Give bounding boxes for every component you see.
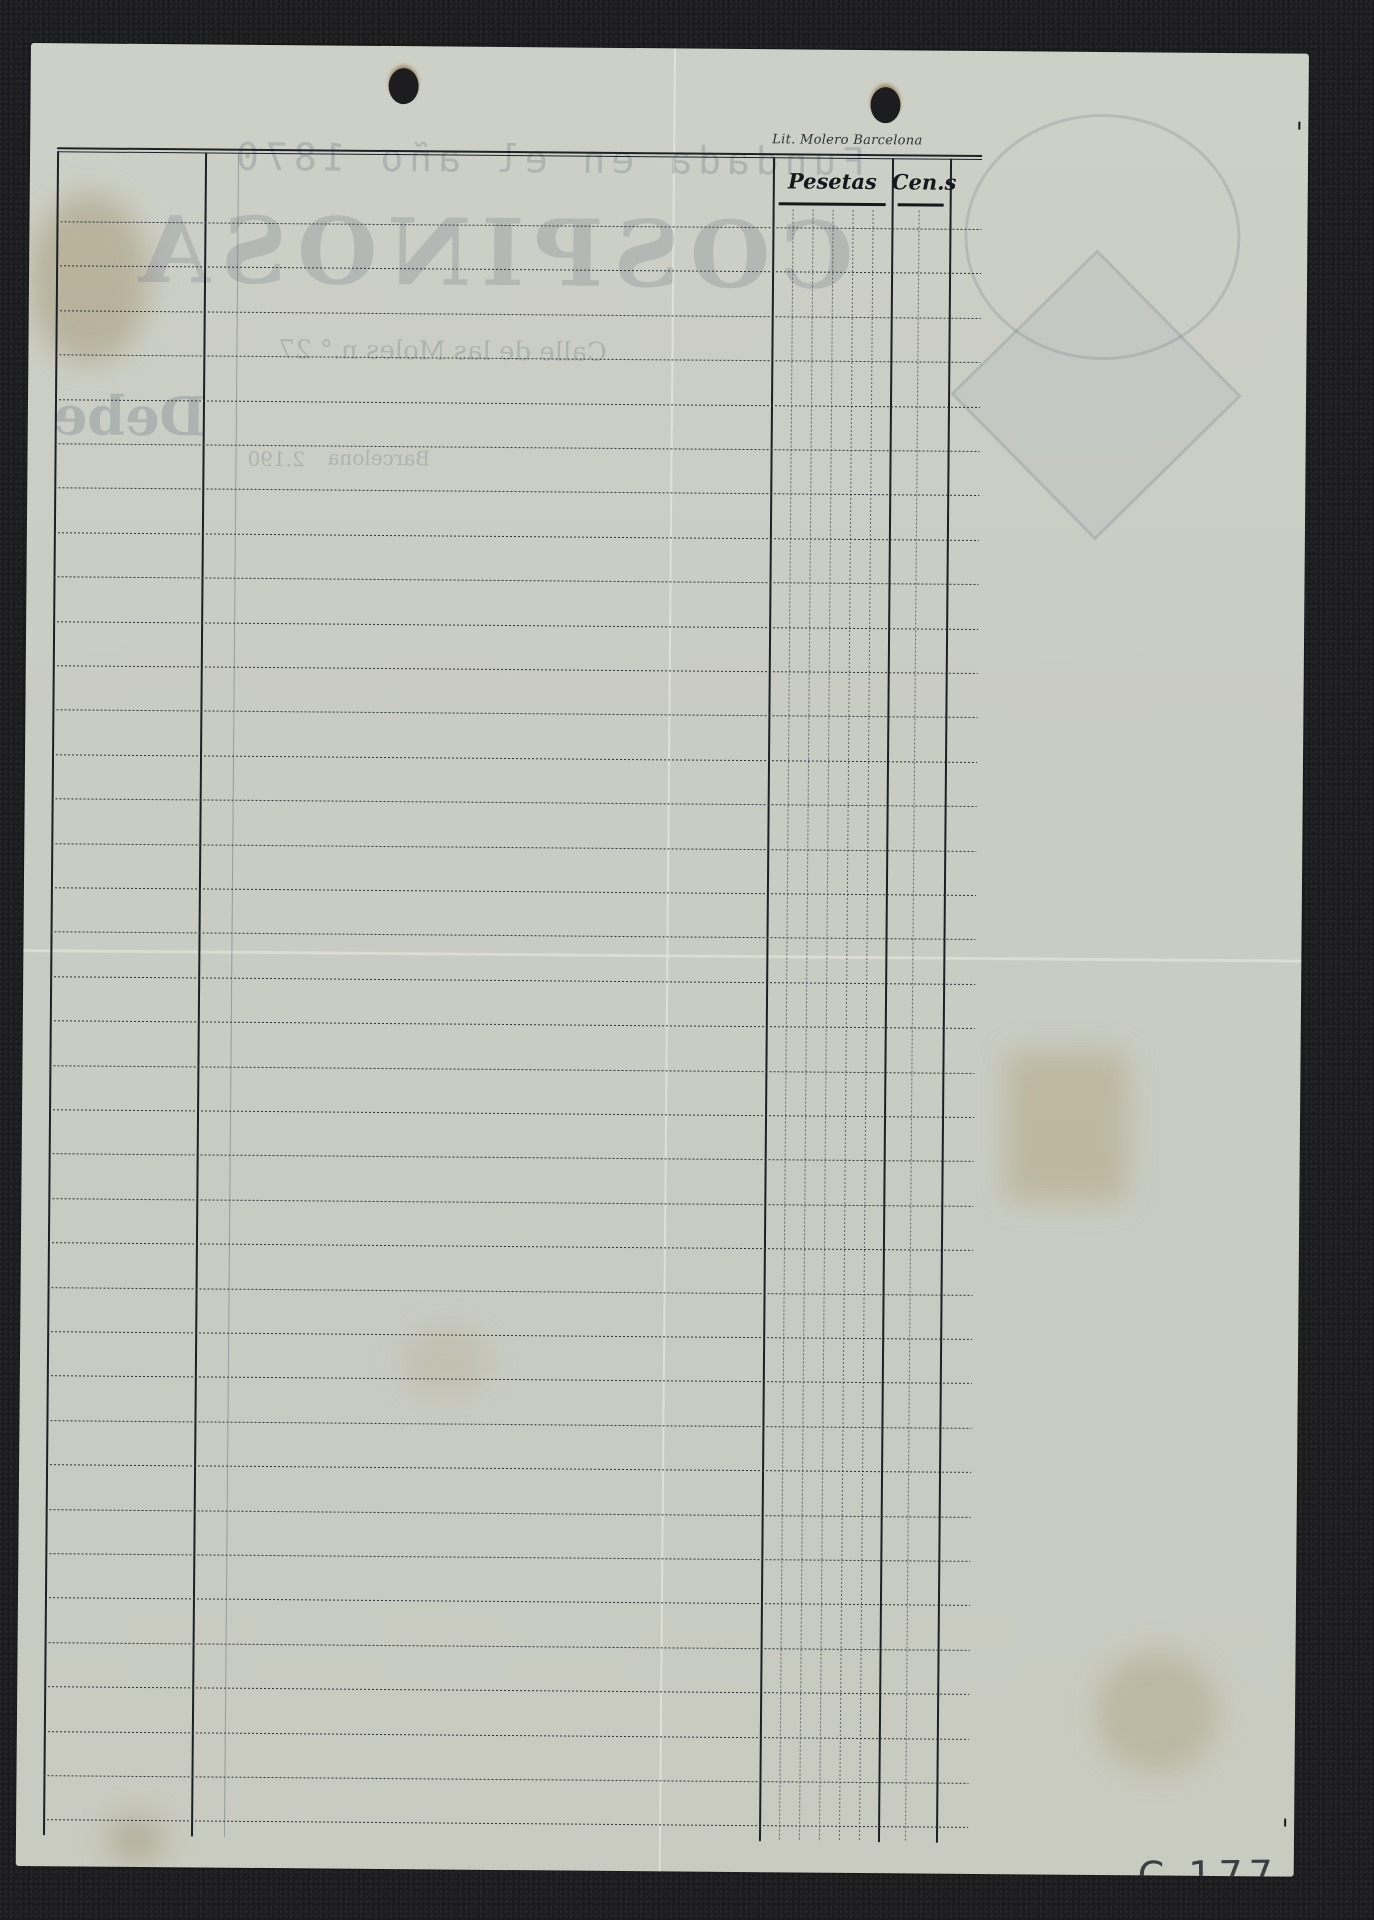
ledger-row-line bbox=[56, 310, 981, 319]
ledger-row-line bbox=[50, 976, 975, 985]
ledger-sheet: Fundada en el año 1870 COSPINOSA Calle d… bbox=[16, 43, 1309, 1877]
pesetas-column-header: Pesetas bbox=[773, 165, 892, 206]
ledger-table: Pesetas Cen.s bbox=[43, 147, 982, 1845]
centimos-digit-guide bbox=[905, 210, 920, 1842]
ledger-row-line bbox=[55, 443, 980, 452]
pesetas-digit-guide bbox=[859, 210, 874, 1842]
pesetas-header-underline bbox=[779, 202, 886, 206]
pesetas-digit-guide bbox=[839, 210, 854, 1842]
stain-bottom-right bbox=[1097, 1652, 1218, 1773]
ledger-row-line bbox=[49, 1154, 974, 1163]
printer-credit: Lit. Molero Barcelona bbox=[772, 132, 922, 148]
ledger-row-line bbox=[48, 1198, 973, 1207]
ledger-row-line bbox=[55, 354, 980, 363]
ledger-row-line bbox=[52, 754, 977, 763]
pesetas-digit-guide bbox=[819, 210, 834, 1842]
date-column-divider bbox=[191, 152, 207, 1836]
ledger-row-line bbox=[50, 1020, 975, 1029]
ledger-row-line bbox=[51, 932, 976, 941]
ledger-row-line bbox=[52, 798, 977, 807]
date-inner-guide bbox=[224, 153, 239, 1837]
archive-reference: C 177 bbox=[1137, 1852, 1279, 1876]
ledger-row-line bbox=[55, 399, 980, 408]
pesetas-digit-guide bbox=[799, 210, 814, 1842]
pesetas-left-border bbox=[759, 157, 775, 1841]
edge-mark bbox=[1284, 1819, 1286, 1827]
table-left-border bbox=[43, 151, 59, 1835]
ledger-row-line bbox=[53, 621, 978, 630]
ledger-row-line bbox=[48, 1287, 973, 1296]
ledger-row-line bbox=[49, 1065, 974, 1074]
ledger-row-line bbox=[54, 488, 979, 497]
centimos-header-underline bbox=[898, 203, 944, 206]
table-right-border bbox=[936, 159, 952, 1843]
ledger-row-line bbox=[56, 266, 981, 275]
ledger-row-line bbox=[48, 1242, 973, 1251]
punch-hole-right bbox=[870, 87, 900, 123]
ledger-row-line bbox=[47, 1376, 972, 1385]
ledger-row-line bbox=[46, 1464, 971, 1473]
ledger-row-line bbox=[45, 1642, 970, 1651]
ledger-row-line bbox=[51, 887, 976, 896]
ledger-row-line bbox=[45, 1598, 970, 1607]
pesetas-digit-guide bbox=[779, 209, 794, 1841]
ledger-row-line bbox=[44, 1686, 969, 1695]
ledger-row-line bbox=[46, 1420, 971, 1429]
ledger-row-line bbox=[49, 1109, 974, 1118]
ledger-row-line bbox=[44, 1731, 969, 1740]
centimos-left-border bbox=[878, 158, 894, 1842]
ledger-row-line bbox=[54, 576, 979, 585]
edge-mark bbox=[1298, 122, 1300, 130]
ledger-row-line bbox=[45, 1553, 970, 1562]
ledger-row-line bbox=[54, 532, 979, 541]
centimos-column-header: Cen.s bbox=[892, 166, 950, 206]
ledger-row-line bbox=[51, 843, 976, 852]
ledger-row-line bbox=[53, 665, 978, 674]
ledger-row-line bbox=[43, 1775, 968, 1784]
ledger-row-line bbox=[43, 1820, 968, 1829]
punch-hole-left bbox=[389, 68, 419, 104]
stain-right-patch bbox=[1006, 1051, 1127, 1202]
ledger-row-line bbox=[46, 1509, 971, 1518]
ledger-row-line bbox=[52, 710, 977, 719]
ledger-row-line bbox=[47, 1331, 972, 1340]
ledger-row-line bbox=[56, 221, 981, 230]
